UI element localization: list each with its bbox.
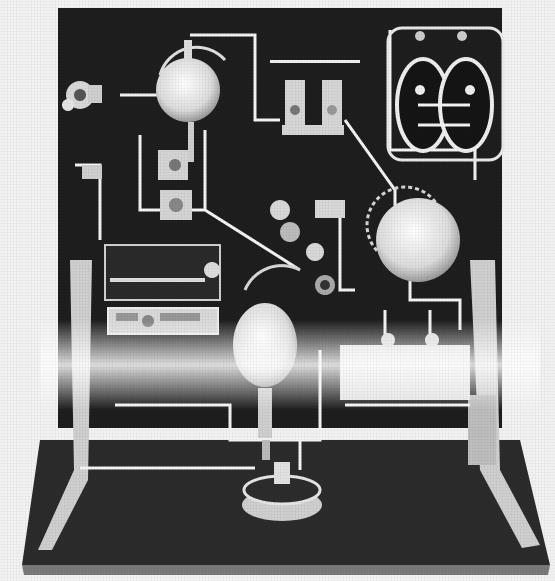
left-tag <box>82 165 102 179</box>
photograph-radio-apparatus <box>0 0 555 581</box>
right-vacuum-tube <box>376 198 460 282</box>
left-rheostat <box>105 245 220 300</box>
glare-band <box>40 320 540 410</box>
baseboard-front-edge <box>22 565 550 575</box>
